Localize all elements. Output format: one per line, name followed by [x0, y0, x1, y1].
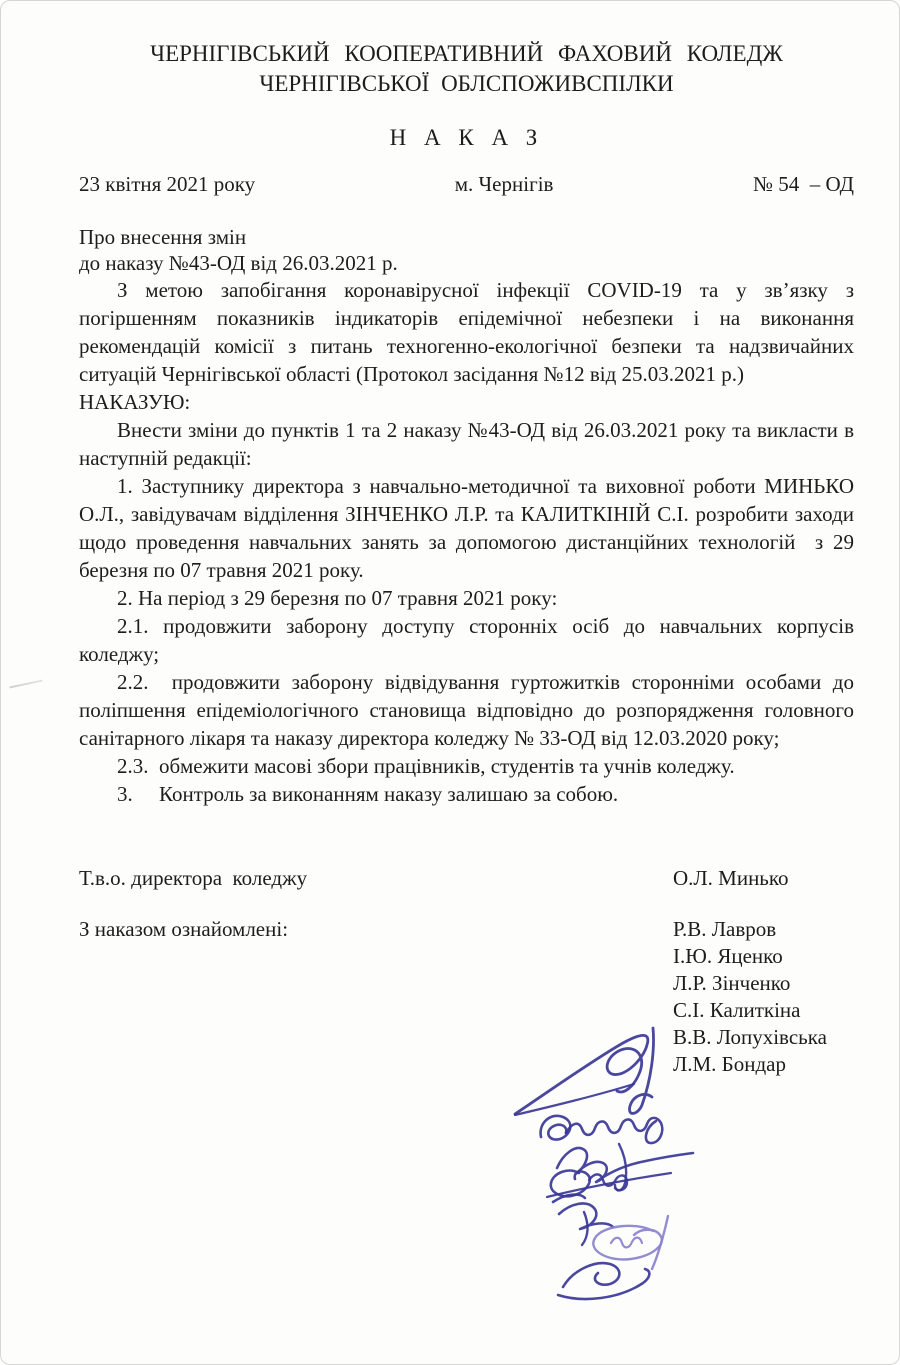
subject-line2: до наказу №43-ОД від 26.03.2021 р.	[79, 250, 854, 276]
bondar-signature-icon	[558, 1263, 649, 1299]
scan-artifact-mark	[9, 679, 43, 688]
order-item-2-2: 2.2. продовжити заборону відвідування гу…	[79, 668, 854, 752]
order-number: № 54 – ОД	[753, 171, 854, 197]
meta-row: 23 квітня 2021 року м. Чернігів № 54 – О…	[79, 171, 854, 197]
order-item-2-1: 2.1. продовжити заборону доступу сторонн…	[79, 612, 854, 668]
yatsenko-signature-icon	[557, 1144, 693, 1190]
preamble-paragraph: З метою запобігання коронавірусної інфек…	[79, 276, 854, 388]
order-date: 23 квітня 2021 року	[79, 171, 255, 197]
order-city: м. Чернігів	[455, 171, 554, 197]
acknowledged-label: З наказом ознайомлені:	[79, 916, 288, 943]
kalytkina-signature-icon	[553, 1195, 613, 1245]
director-name: О.Л. Минько	[673, 865, 789, 892]
acknowledged-name: Р.В. Лавров	[673, 916, 827, 943]
order-item-2-head: 2. На період з 29 березня по 07 травня 2…	[79, 584, 854, 612]
document-title: Н А К А З	[79, 123, 854, 153]
organization-name-line2: ЧЕРНІГІВСЬКОЇ ОБЛСПОЖИВСПІЛКИ	[79, 69, 854, 99]
scanned-order-document: ЧЕРНІГІВСЬКИЙ КООПЕРАТИВНИЙ ФАХОВИЙ КОЛЕ…	[0, 0, 900, 1365]
director-role-label: Т.в.о. директора коледжу	[79, 865, 307, 892]
acknowledged-name: В.В. Лопухівська	[673, 1024, 827, 1051]
organization-header: ЧЕРНІГІВСЬКИЙ КООПЕРАТИВНИЙ ФАХОВИЙ КОЛЕ…	[79, 39, 854, 99]
order-item-2-3: 2.3. обмежити масові збори працівників, …	[79, 752, 854, 780]
signature-block: Т.в.о. директора коледжу О.Л. Минько З н…	[79, 865, 854, 1105]
intro-paragraph: Внести зміни до пунктів 1 та 2 наказу №4…	[79, 416, 854, 472]
order-item-3: 3. Контроль за виконанням наказу залишаю…	[79, 780, 854, 808]
acknowledged-name: Л.М. Бондар	[673, 1051, 827, 1078]
acknowledged-names-list: Р.В. Лавров І.Ю. Яценко Л.Р. Зінченко С.…	[673, 916, 827, 1078]
subject-line1: Про внесення змін	[79, 224, 854, 250]
acknowledged-name: Л.Р. Зінченко	[673, 970, 827, 997]
zinchenko-signature-icon	[547, 1171, 671, 1197]
acknowledged-name: С.І. Калиткіна	[673, 997, 827, 1024]
order-item-1: 1. Заступнику директора з навчально-мето…	[79, 472, 854, 584]
lopukhivska-signature-icon	[593, 1216, 668, 1269]
lavrov-signature-icon	[541, 1116, 663, 1143]
resolve-word: НАКАЗУЮ:	[79, 388, 854, 416]
organization-name-line1: ЧЕРНІГІВСЬКИЙ КООПЕРАТИВНИЙ ФАХОВИЙ КОЛЕ…	[79, 39, 854, 69]
subject-block: Про внесення змін до наказу №43-ОД від 2…	[79, 224, 854, 276]
acknowledged-name: І.Ю. Яценко	[673, 943, 827, 970]
